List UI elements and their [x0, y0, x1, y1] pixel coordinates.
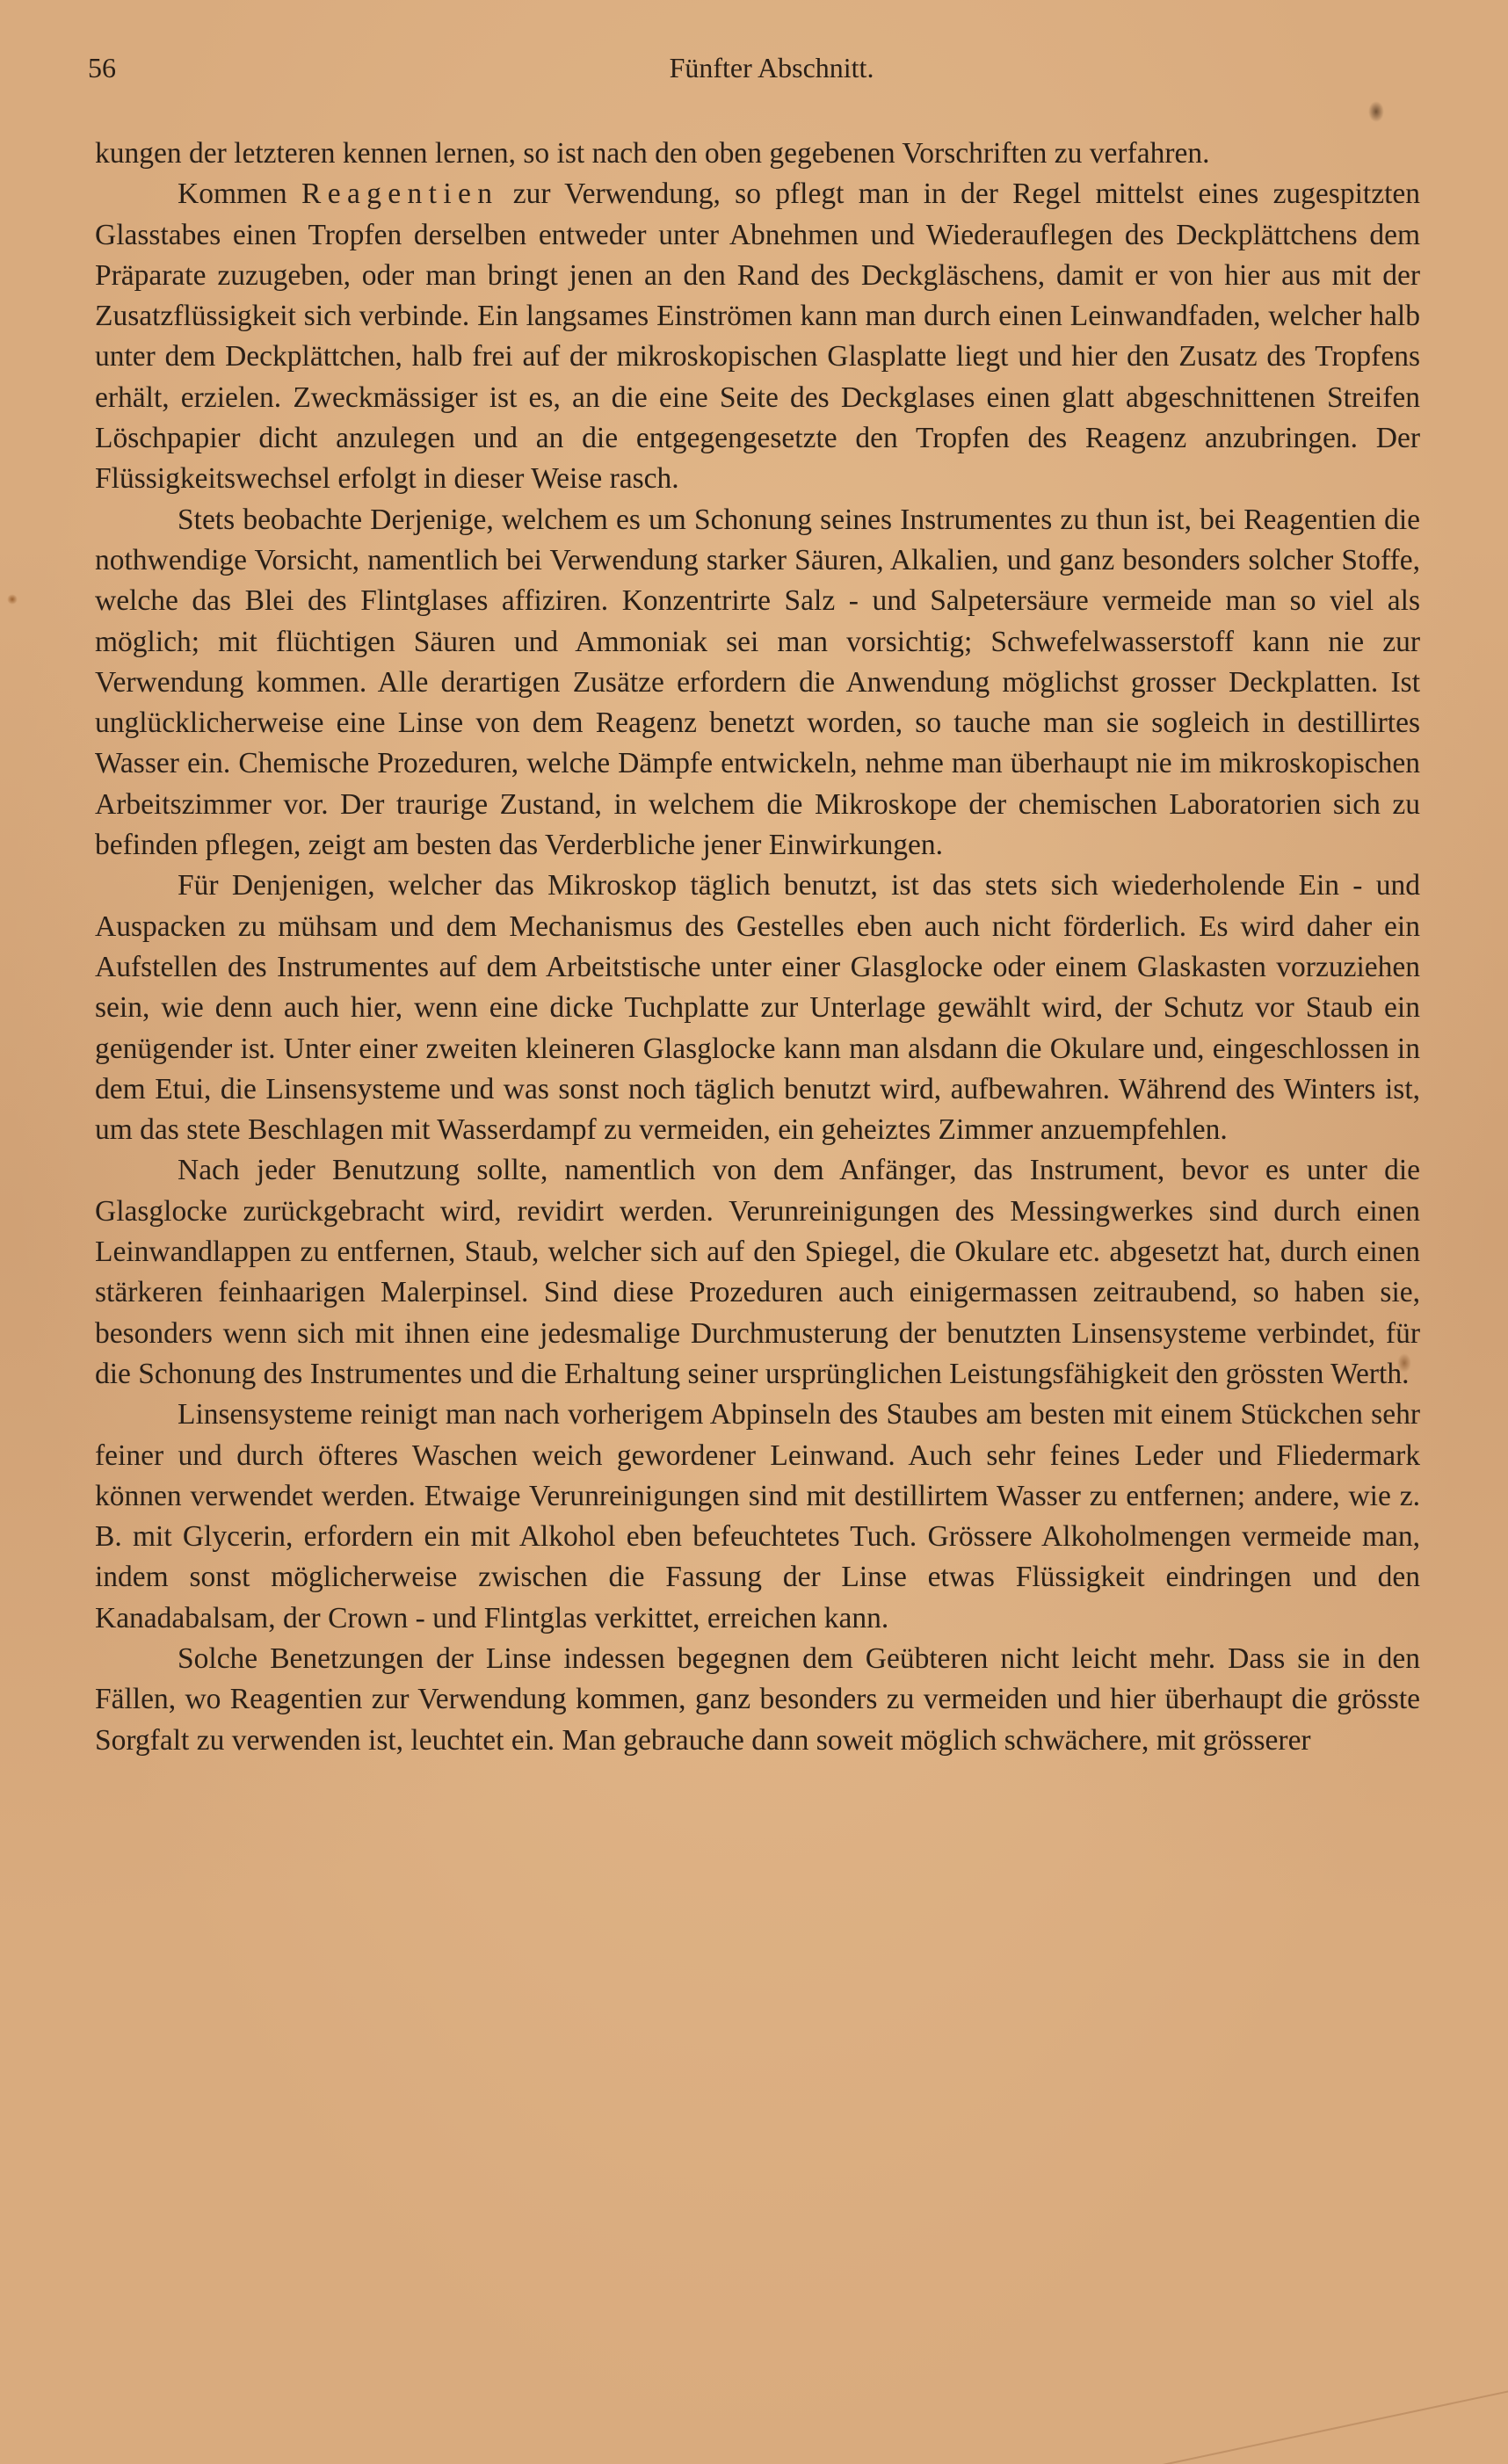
book-page: 56 Fünfter Abschnitt. kungen der letzter…	[0, 0, 1508, 2464]
ink-spot	[1368, 101, 1384, 122]
foxing-spot	[7, 594, 18, 605]
emphasized-term: Reagentien	[301, 178, 498, 210]
paragraph-text: Stets beobachte Derjenige, welchem es um…	[95, 504, 1420, 861]
body-text: kungen der letzteren kennen lernen, so i…	[95, 134, 1420, 1761]
paragraph-text: Solche Benetzungen der Linse indessen be…	[95, 1642, 1420, 1757]
paragraph-text: Linsensysteme reinigt man nach vorherige…	[95, 1398, 1420, 1634]
paragraph-text: Nach jeder Benutzung sollte, namentlich …	[95, 1154, 1420, 1389]
paragraph-reagents: Kommen Reagentien zur Verwendung, so pfl…	[95, 174, 1420, 499]
paragraph-continued: kungen der letzteren kennen lernen, so i…	[95, 134, 1420, 174]
paragraph-lens-cleaning: Linsensysteme reinigt man nach vorherige…	[95, 1395, 1420, 1639]
paragraph-caution: Stets beobachte Derjenige, welchem es um…	[95, 500, 1420, 866]
paragraph-storage: Für Denjenigen, welcher das Mikroskop tä…	[95, 866, 1420, 1150]
paragraph-text: zur Verwendung, so pflegt man in der Reg…	[95, 178, 1420, 495]
paragraph-text: Für Denjenigen, welcher das Mikroskop tä…	[95, 869, 1420, 1146]
paragraph-inspection: Nach jeder Benutzung sollte, namentlich …	[95, 1150, 1420, 1395]
paragraph-lead: Kommen	[178, 178, 301, 210]
paper-crease	[1147, 2383, 1508, 2464]
running-head: 56 Fünfter Abschnitt.	[88, 48, 1420, 87]
paragraph-wetting: Solche Benetzungen der Linse indessen be…	[95, 1639, 1420, 1761]
chapter-title: Fünfter Abschnitt.	[88, 48, 1420, 87]
paragraph-text: kungen der letzteren kennen lernen, so i…	[95, 137, 1209, 170]
